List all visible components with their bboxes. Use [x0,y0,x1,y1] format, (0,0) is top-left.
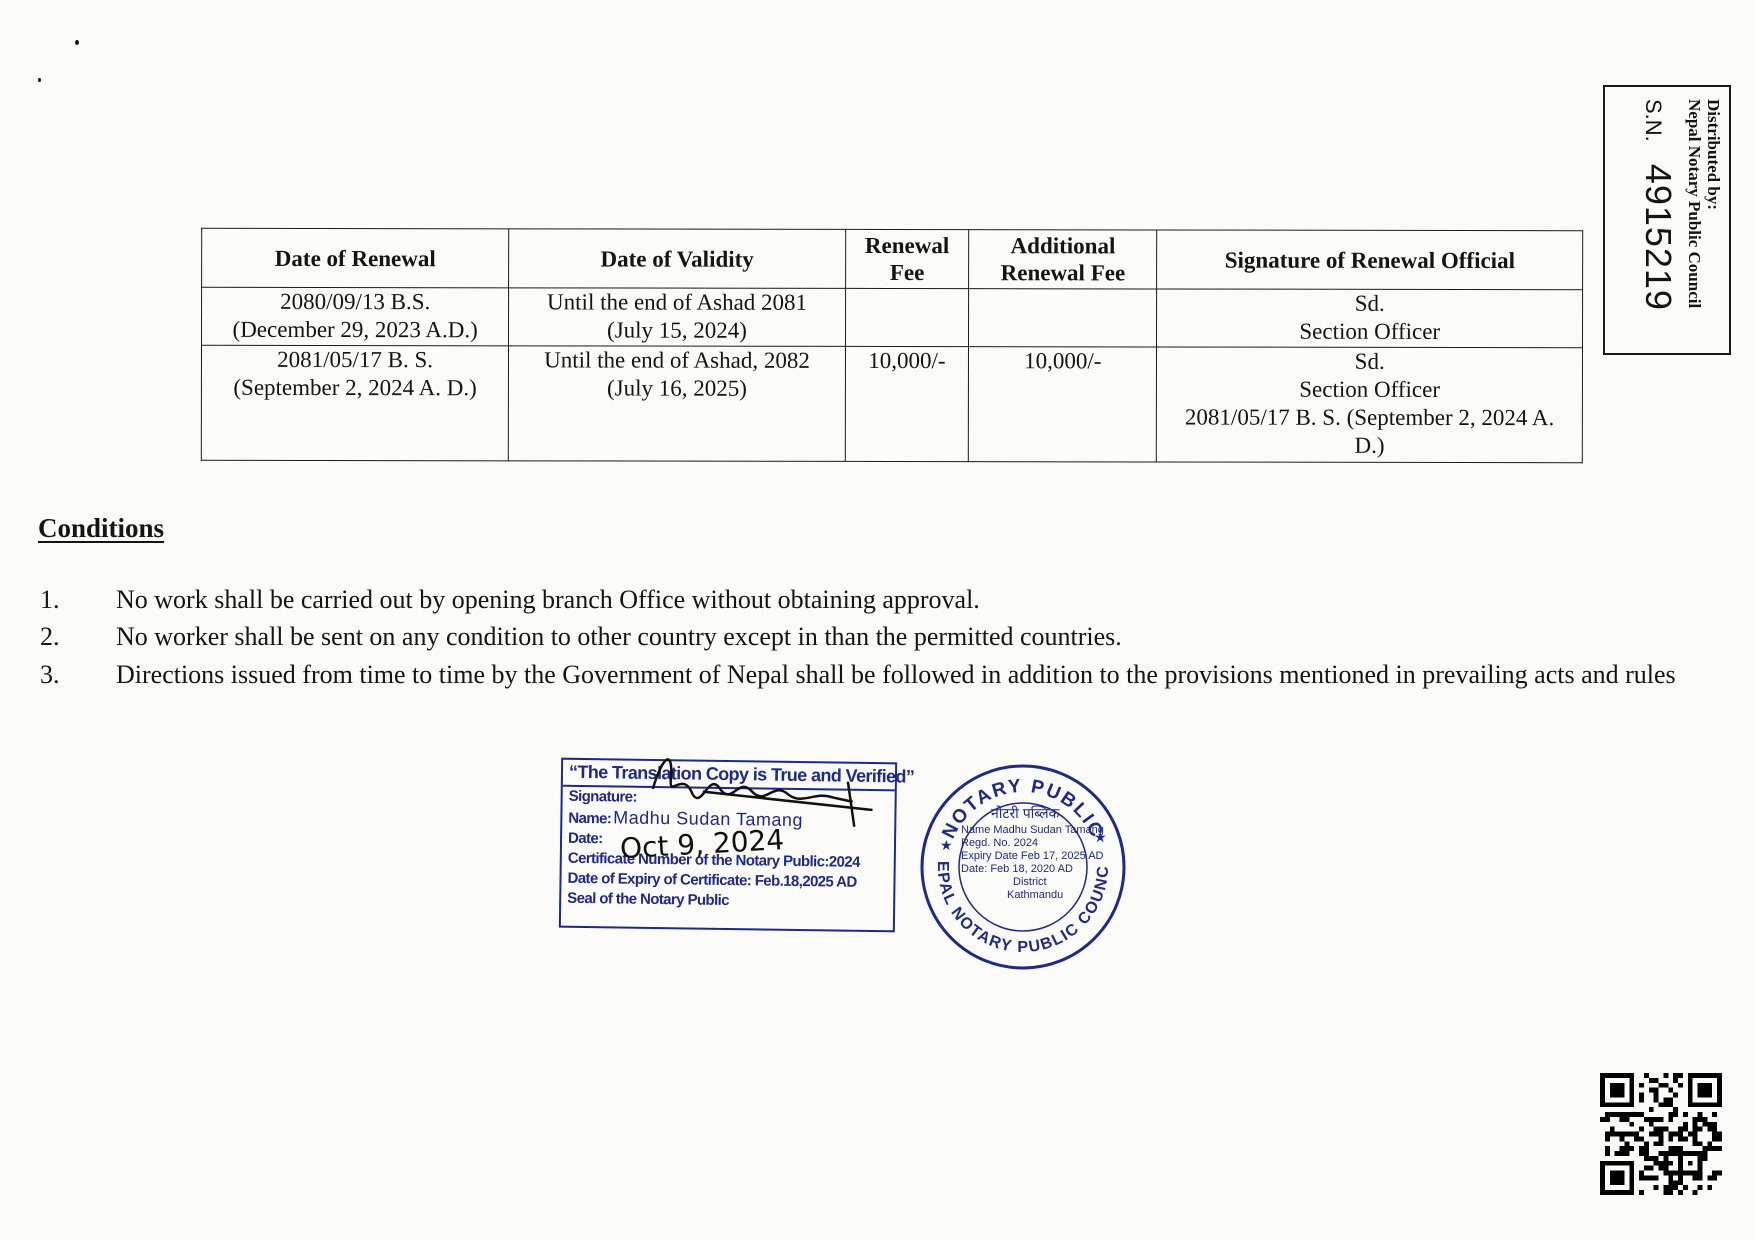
stamp-name-label: Name: [568,810,611,828]
cell-line: 2081/05/17 B. S. [206,346,504,375]
cell-renewal-fee [845,288,969,346]
seal-details: नोटरी पब्लिक Name Madhu Sudan Tamang Reg… [961,825,1091,902]
qr-code-icon[interactable] [1600,1073,1722,1195]
cell-line: Section Officer [1161,375,1578,404]
seal-district: Kathmandu [1007,889,1091,902]
distributed-by-label: Distributed by: [1704,99,1723,341]
header-date-of-validity: Date of Validity [509,229,845,289]
svg-text:★: ★ [940,839,953,854]
condition-item: 1. No work shall be carried out by openi… [40,582,1695,618]
cell-renewal-fee: 10,000/- [845,346,969,461]
condition-item: 2. No worker shall be sent on any condit… [40,619,1695,655]
seal-name: Name Madhu Sudan Tamang [961,824,1091,837]
condition-number: 1. [40,582,80,618]
cell-signature: Sd. Section Officer 2081/05/17 B. S. (Se… [1157,347,1583,463]
cell-line: 2081/05/17 B. S. (September 2, 2024 A. D… [1161,403,1578,460]
header-date-of-renewal: Date of Renewal [202,228,509,288]
cell-line: Sd. [1161,289,1578,318]
seal-district-label: District [1013,876,1091,889]
cell-line: (July 16, 2025) [513,374,840,403]
condition-item: 3. Directions issued from time to time b… [40,657,1695,693]
serial-number-box: Distributed by: Nepal Notary Public Coun… [1603,85,1731,355]
conditions-heading: Conditions [38,513,164,544]
cell-line: (December 29, 2023 A.D.) [206,316,504,345]
cell-date-of-renewal: 2080/09/13 B.S. (December 29, 2023 A.D.) [201,287,508,346]
condition-number: 2. [40,619,80,655]
table-row: 2081/05/17 B. S. (September 2, 2024 A. D… [201,345,1582,462]
scan-speck [75,40,79,45]
handwritten-signature-icon [642,749,883,832]
cell-line: Until the end of Ashad, 2082 [513,346,840,375]
cell-line: Until the end of Ashad 2081 [513,288,840,317]
sn-label: S.N. [1640,99,1666,142]
cell-additional-renewal-fee: 10,000/- [968,347,1156,462]
notary-public-seal: NOTARY PUBLIC NEPAL NOTARY PUBLIC COUNCI… [918,762,1128,972]
table-row: 2080/09/13 B.S. (December 29, 2023 A.D.)… [201,287,1582,347]
cell-date-of-validity: Until the end of Ashad 2081 (July 15, 20… [509,288,845,347]
sn-number: 4915219 [1637,164,1679,311]
header-renewal-fee: Renewal Fee [845,229,969,288]
cell-additional-renewal-fee [969,289,1157,347]
cell-line: Sd. [1161,347,1578,376]
condition-text: No work shall be carried out by opening … [116,582,1695,618]
cell-line: (July 15, 2024) [513,316,840,345]
cell-line: (September 2, 2024 A. D.) [206,374,504,403]
renewal-table: Date of Renewal Date of Validity Renewal… [201,228,1583,463]
condition-text: Directions issued from time to time by t… [116,657,1731,693]
scan-speck [38,78,41,82]
cell-line: Section Officer [1161,317,1578,346]
seal-expiry-date: Expiry Date Feb 17, 2025 AD [961,850,1091,863]
seal-regd-no: Regd. No. 2024 [961,837,1091,850]
seal-devanagari-top: नोटरी पब्लिक [991,807,1091,820]
cell-date-of-renewal: 2081/05/17 B. S. (September 2, 2024 A. D… [201,345,509,461]
translation-verification-stamp: “The Translation Copy is True and Verifi… [559,758,897,933]
header-additional-renewal-fee: Additional Renewal Fee [969,230,1157,289]
cell-date-of-validity: Until the end of Ashad, 2082 (July 16, 2… [509,346,846,462]
header-signature-of-renewal-official: Signature of Renewal Official [1157,230,1583,290]
table-header-row: Date of Renewal Date of Validity Renewal… [202,228,1583,289]
condition-text: No worker shall be sent on any condition… [116,619,1695,655]
seal-date: Date: Feb 18, 2020 AD [961,863,1091,876]
cell-line: 2080/09/13 B.S. [206,288,504,317]
distributor-name: Nepal Notary Public Council [1685,99,1704,341]
condition-number: 3. [40,657,80,693]
cell-signature: Sd. Section Officer [1157,289,1583,348]
